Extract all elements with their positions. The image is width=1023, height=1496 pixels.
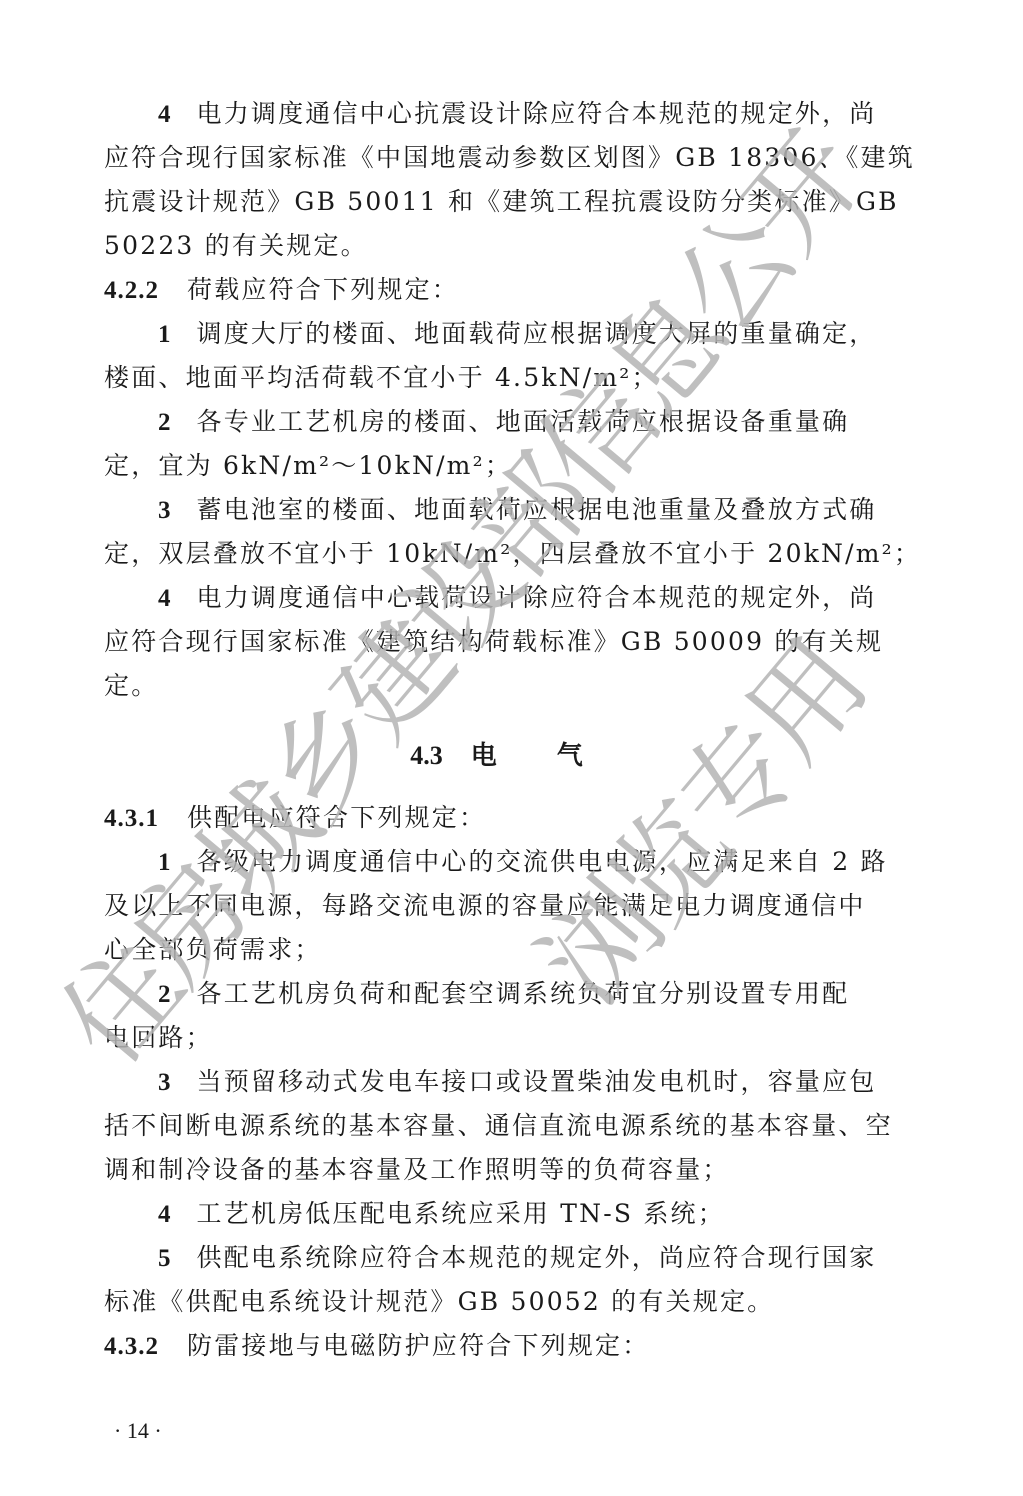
paragraph-line: 定，宜为 6kN/m²～10kN/m²； [104, 444, 916, 488]
section-number: 4.3 [410, 741, 443, 770]
paragraph-line: 1调度大厅的楼面、地面载荷应根据调度大屏的重量确定， [158, 312, 916, 356]
clause-heading: 4.3.1供配电应符合下列规定： [104, 796, 916, 840]
paragraph-line: 定，双层叠放不宜小于 10kN/m²，四层叠放不宜小于 20kN/m²； [104, 532, 916, 576]
item-number: 4 [158, 577, 171, 621]
line-text: 定，宜为 6kN/m²～10kN/m²； [104, 451, 512, 480]
line-text: 楼面、地面平均活荷载不宜小于 4.5kN/m²； [104, 363, 659, 392]
line-text: 标准《供配电系统设计规范》GB 50052 的有关规定。 [104, 1287, 774, 1316]
line-text: 当预留移动式发电车接口或设置柴油发电机时，容量应包 [197, 1067, 877, 1096]
paragraph-line: 5供配电系统除应符合本规范的规定外，尚应符合现行国家 [158, 1236, 916, 1280]
line-text: 调和制冷设备的基本容量及工作照明等的负荷容量； [104, 1155, 730, 1184]
paragraph-line: 应符合现行国家标准《建筑结构荷载标准》GB 50009 的有关规 [104, 620, 916, 664]
paragraph-line: 3当预留移动式发电车接口或设置柴油发电机时，容量应包 [158, 1060, 916, 1104]
line-text: 应符合现行国家标准《建筑结构荷载标准》GB 50009 的有关规 [104, 627, 883, 656]
line-text: 工艺机房低压配电系统应采用 TN-S 系统； [197, 1199, 725, 1228]
paragraph-line: 3蓄电池室的楼面、地面载荷应根据电池重量及叠放方式确 [158, 488, 916, 532]
paragraph-line: 调和制冷设备的基本容量及工作照明等的负荷容量； [104, 1148, 916, 1192]
paragraph-line: 4电力调度通信中心载荷设计除应符合本规范的规定外，尚 [158, 576, 916, 620]
line-text: 电力调度通信中心载荷设计除应符合本规范的规定外，尚 [197, 583, 877, 612]
paragraph-line: 1各级电力调度通信中心的交流供电电源，应满足来自 2 路 [158, 840, 916, 884]
line-text: 应符合现行国家标准《中国地震动参数区划图》GB 18306、《建筑 [104, 143, 915, 172]
item-number: 4 [158, 93, 171, 137]
paragraph-line: 4电力调度通信中心抗震设计除应符合本规范的规定外，尚 [158, 92, 916, 136]
item-number: 2 [158, 401, 171, 445]
line-text: 各工艺机房负荷和配套空调系统负荷宜分别设置专用配 [197, 979, 850, 1008]
document-page: 4电力调度通信中心抗震设计除应符合本规范的规定外，尚 应符合现行国家标准《中国地… [0, 0, 1023, 1496]
line-text: 供配电应符合下列规定： [187, 803, 486, 832]
line-text: 各专业工艺机房的楼面、地面活载荷应根据设备重量确 [197, 407, 850, 436]
line-text: 心全部负荷需求； [104, 935, 322, 964]
paragraph-line: 应符合现行国家标准《中国地震动参数区划图》GB 18306、《建筑 [104, 136, 916, 180]
line-text: 调度大厅的楼面、地面载荷应根据调度大屏的重量确定， [197, 319, 877, 348]
item-number: 1 [158, 313, 171, 357]
item-number: 1 [158, 841, 171, 885]
item-number: 5 [158, 1237, 171, 1281]
section-name: 电气 [471, 741, 643, 771]
paragraph-line: 及以上不同电源，每路交流电源的容量应能满足电力调度通信中 [104, 884, 916, 928]
paragraph-line: 2各工艺机房负荷和配套空调系统负荷宜分别设置专用配 [158, 972, 916, 1016]
line-text: 抗震设计规范》GB 50011 和《建筑工程抗震设防分类标准》GB [104, 187, 899, 216]
clause-number: 4.3.1 [104, 797, 159, 841]
clause-heading: 4.2.2荷载应符合下列规定： [104, 268, 916, 312]
line-text: 荷载应符合下列规定： [187, 275, 459, 304]
paragraph-line: 4工艺机房低压配电系统应采用 TN-S 系统； [158, 1192, 916, 1236]
item-number: 2 [158, 973, 171, 1017]
paragraph-line: 楼面、地面平均活荷载不宜小于 4.5kN/m²； [104, 356, 916, 400]
line-text: 供配电系统除应符合本规范的规定外，尚应符合现行国家 [197, 1243, 877, 1272]
line-text: 蓄电池室的楼面、地面载荷应根据电池重量及叠放方式确 [197, 495, 877, 524]
line-text: 括不间断电源系统的基本容量、通信直流电源系统的基本容量、空 [104, 1111, 893, 1140]
clause-number: 4.2.2 [104, 269, 159, 313]
paragraph-line: 定。 [104, 664, 916, 708]
paragraph-line: 抗震设计规范》GB 50011 和《建筑工程抗震设防分类标准》GB [104, 180, 916, 224]
line-text: 电回路； [104, 1023, 213, 1052]
paragraph-line: 50223 的有关规定。 [104, 224, 916, 268]
paragraph-line: 电回路； [104, 1016, 916, 1060]
line-text: 及以上不同电源，每路交流电源的容量应能满足电力调度通信中 [104, 891, 866, 920]
paragraph-line: 括不间断电源系统的基本容量、通信直流电源系统的基本容量、空 [104, 1104, 916, 1148]
line-text: 定，双层叠放不宜小于 10kN/m²，四层叠放不宜小于 20kN/m²； [104, 539, 921, 568]
line-text: 50223 的有关规定。 [104, 231, 368, 260]
line-text: 各级电力调度通信中心的交流供电电源，应满足来自 2 路 [197, 847, 888, 876]
item-number: 3 [158, 1061, 171, 1105]
item-number: 4 [158, 1193, 171, 1237]
paragraph-line: 2各专业工艺机房的楼面、地面活载荷应根据设备重量确 [158, 400, 916, 444]
clause-number: 4.3.2 [104, 1325, 159, 1369]
paragraph-line: 心全部负荷需求； [104, 928, 916, 972]
page-number: · 14 · [114, 1418, 162, 1444]
clause-heading: 4.3.2防雷接地与电磁防护应符合下列规定： [104, 1324, 916, 1368]
line-text: 防雷接地与电磁防护应符合下列规定： [187, 1331, 649, 1360]
paragraph-line: 标准《供配电系统设计规范》GB 50052 的有关规定。 [104, 1280, 916, 1324]
section-title: 4.3电气 [0, 734, 1023, 778]
item-number: 3 [158, 489, 171, 533]
line-text: 定。 [104, 671, 158, 700]
line-text: 电力调度通信中心抗震设计除应符合本规范的规定外，尚 [197, 99, 877, 128]
